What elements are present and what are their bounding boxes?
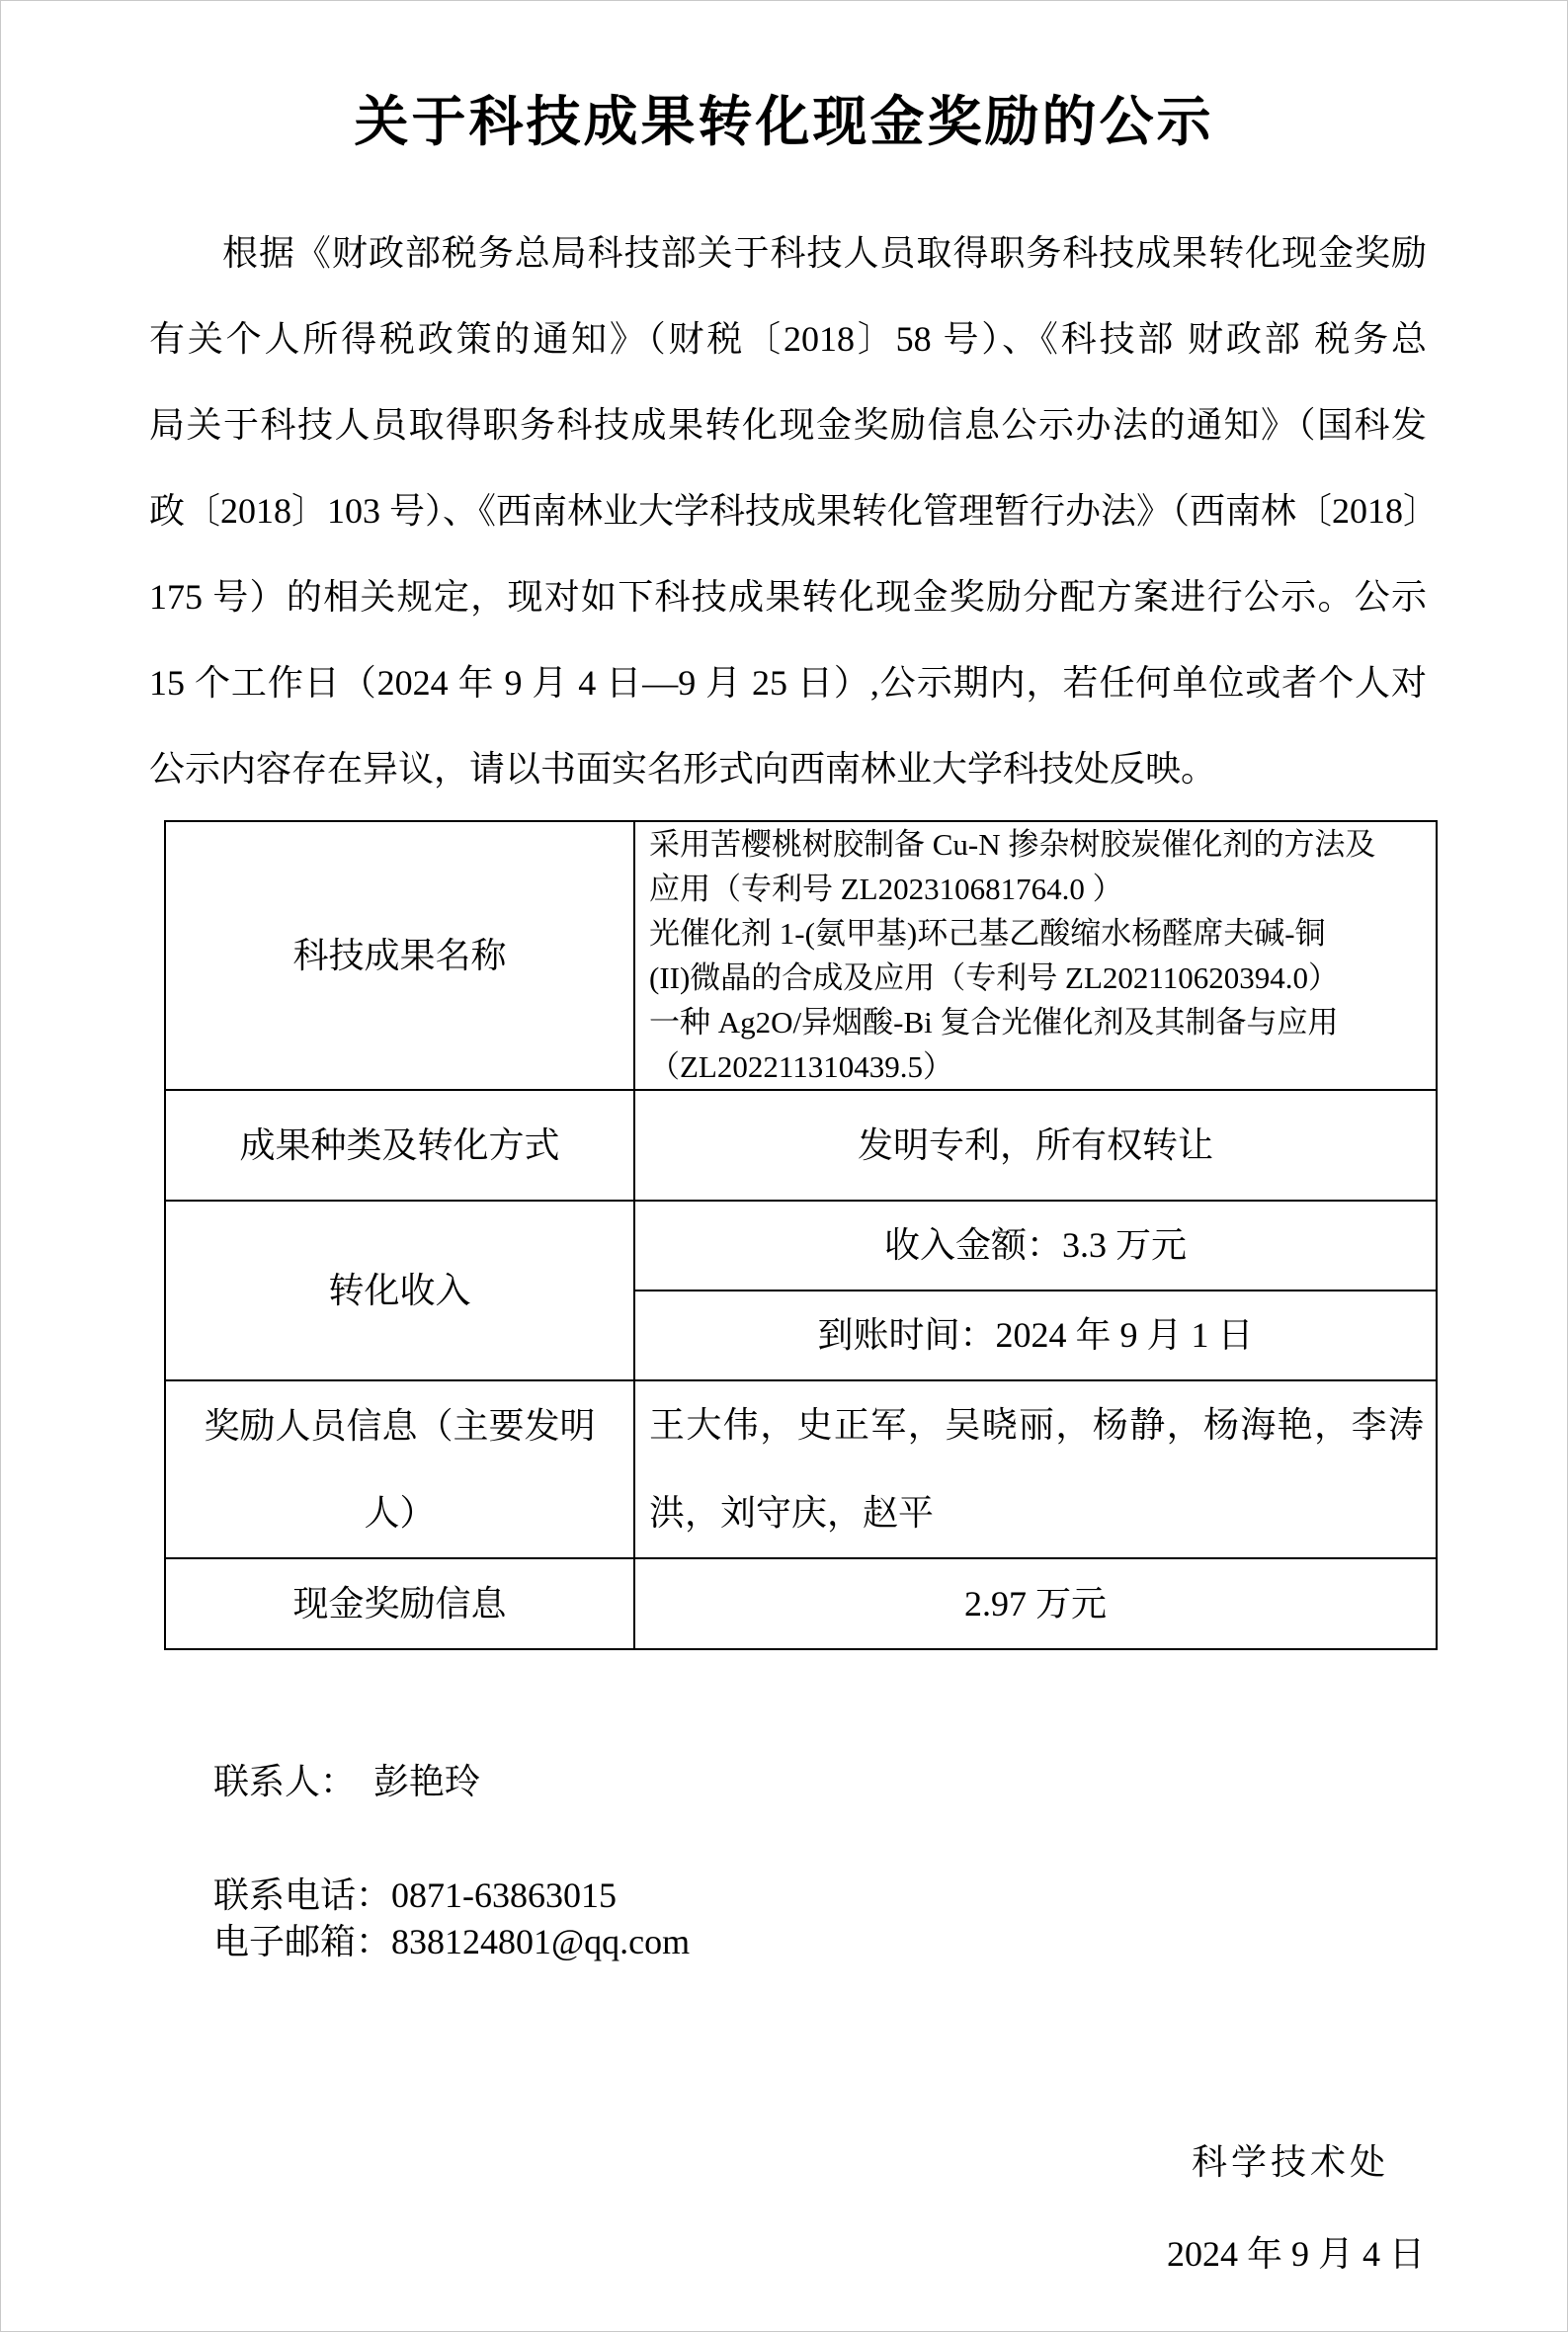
achievement-name-label: 科技成果名称 (165, 821, 634, 1090)
contact-email: 电子邮箱：838124801@qq.com (213, 1919, 1567, 1965)
table-row-achievement: 科技成果名称 采用苦樱桃树胶制备 Cu-N 掺杂树胶炭催化剂的方法及 应用（专利… (165, 821, 1437, 1090)
signature-department: 科学技术处 (1, 2138, 1389, 2187)
income-amount-value: 收入金额：3.3 万元 (634, 1201, 1437, 1291)
category-value: 发明专利，所有权转让 (634, 1090, 1437, 1201)
table-row-category: 成果种类及转化方式 发明专利，所有权转让 (165, 1090, 1437, 1201)
document-page: 关于科技成果转化现金奖励的公示 根据《财政部税务总局科技部关于科技人员取得职务科… (0, 0, 1568, 2332)
table-row-people: 奖励人员信息（主要发明人） 王大伟，史正军，吴晓丽，杨静，杨海艳，李涛洪，刘守庆… (165, 1380, 1437, 1558)
cash-award-value: 2.97 万元 (634, 1558, 1437, 1649)
paragraph-line: 根据《财政部税务总局科技部关于科技人员取得职务科技成果转化现金奖励 (149, 210, 1427, 296)
income-arrival-value: 到账时间：2024 年 9 月 1 日 (634, 1291, 1437, 1380)
people-value: 王大伟，史正军，吴晓丽，杨静，杨海艳，李涛洪，刘守庆，赵平 (634, 1380, 1437, 1558)
body-paragraph: 根据《财政部税务总局科技部关于科技人员取得职务科技成果转化现金奖励 有关个人所得… (149, 210, 1427, 812)
paragraph-line: 政〔2018〕103 号）、《西南林业大学科技成果转化管理暂行办法》（西南林〔2… (149, 468, 1427, 554)
table-row-cash: 现金奖励信息 2.97 万元 (165, 1558, 1437, 1649)
award-table: 科技成果名称 采用苦樱桃树胶制备 Cu-N 掺杂树胶炭催化剂的方法及 应用（专利… (164, 820, 1438, 1650)
signature-date: 2024 年 9 月 4 日 (1, 2230, 1425, 2279)
paragraph-line: 局关于科技人员取得职务科技成果转化现金奖励信息公示办法的通知》（国科发 (149, 382, 1427, 468)
contact-person: 联系人： 彭艳玲 (213, 1759, 1567, 1805)
page-title: 关于科技成果转化现金奖励的公示 (1, 1, 1567, 153)
income-label: 转化收入 (165, 1201, 634, 1380)
paragraph-line: 15 个工作日（2024 年 9 月 4 日—9 月 25 日）,公示期内，若任… (149, 640, 1427, 726)
contact-phone: 联系电话：0871-63863015 (213, 1873, 1567, 1919)
table-row-income-amount: 转化收入 收入金额：3.3 万元 (165, 1201, 1437, 1291)
paragraph-line: 175 号）的相关规定，现对如下科技成果转化现金奖励分配方案进行公示。公示 (149, 554, 1427, 640)
category-label: 成果种类及转化方式 (165, 1090, 634, 1201)
achievement-name-value: 采用苦樱桃树胶制备 Cu-N 掺杂树胶炭催化剂的方法及 应用（专利号 ZL202… (634, 821, 1437, 1090)
cash-award-label: 现金奖励信息 (165, 1558, 634, 1649)
people-label: 奖励人员信息（主要发明人） (165, 1380, 634, 1558)
contact-block: 联系人： 彭艳玲 联系电话：0871-63863015 电子邮箱：8381248… (213, 1759, 1567, 1965)
paragraph-line: 公示内容存在异议，请以书面实名形式向西南林业大学科技处反映。 (149, 726, 1427, 812)
paragraph-line: 有关个人所得税政策的通知》（财税〔2018〕58 号）、《科技部 财政部 税务总 (149, 296, 1427, 382)
